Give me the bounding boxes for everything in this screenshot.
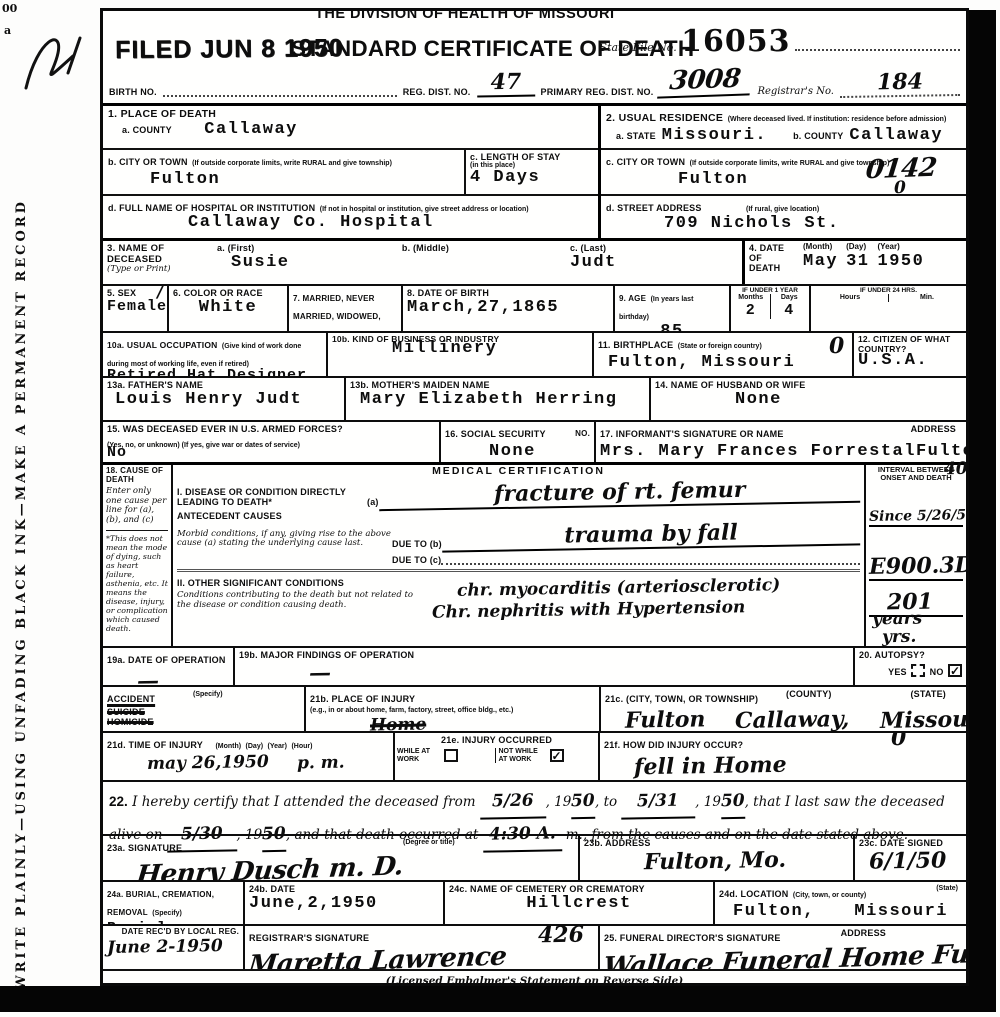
city-note: (If outside corporate limits, write RURA…	[192, 160, 392, 167]
place-of-injury-label: 21b. PLACE OF INJURY	[310, 694, 415, 704]
certificate-form: FILED JUN 8 1950 THE DIVISION OF HEALTH …	[100, 8, 969, 986]
certify-text: I hereby certify that I attended the dec…	[132, 794, 476, 810]
length-of-stay: c. LENGTH OF STAY (in this place) 4 Days	[466, 150, 598, 194]
registrar-no: 184	[840, 68, 960, 98]
row-injury-1: ACCIDENT (Specify) SUICIDE HOMICIDE 21b.…	[103, 687, 966, 733]
injury-city-label: 21c. (CITY, TOWN, OR TOWNSHIP)	[605, 694, 758, 704]
birth-no-blank	[163, 87, 397, 97]
dod-day: (Day) 31	[846, 243, 869, 282]
cemetery-label: 24c. NAME OF CEMETERY OR CREMATORY	[449, 884, 709, 894]
date-received-cell: DATE REC'D BY LOCAL REG. June 2-1950	[103, 926, 245, 969]
dod-year-value: 1950	[878, 252, 925, 271]
facility-label: d. FULL NAME OF HOSPITAL OR INSTITUTION	[108, 203, 315, 213]
specify-note: (Specify)	[193, 691, 223, 699]
time-month-label: (Month)	[215, 743, 241, 750]
other-note: Conditions contributing to the death but…	[177, 591, 427, 611]
reg-dist-no: 47	[476, 68, 534, 97]
disease-line: I. DISEASE OR CONDITION DIRECTLY LEADING…	[177, 479, 860, 507]
usual-residence-title: 2. USUAL RESIDENCE	[606, 112, 723, 124]
business-value: Millinery	[392, 339, 588, 358]
burial-date-value: June,2,1950	[249, 894, 439, 913]
spouse-cell: 14. NAME OF HUSBAND OR WIFE None	[651, 378, 966, 420]
burial-date-cell: 24b. DATE June,2,1950	[245, 882, 445, 924]
physician-signature: Henry Dusch m. D.	[135, 851, 405, 880]
time-of-injury-cell: 21d. TIME OF INJURY (Month) (Day) (Year)…	[103, 733, 395, 780]
burial-date-label: 24b. DATE	[249, 884, 439, 894]
degree-note: (Degree or title)	[403, 839, 455, 847]
hours-label: Hours	[812, 294, 888, 302]
sex-value: Female	[107, 298, 163, 315]
registration-line: BIRTH NO. REG. DIST. NO. 47 PRIMARY REG.…	[109, 65, 960, 97]
place-city: b. CITY OR TOWN (If outside corporate li…	[103, 150, 466, 194]
disease-sub-label: (a)	[367, 497, 379, 507]
occupation-value: Retired Hat Designer	[107, 367, 322, 376]
res-county-value: Callaway	[849, 126, 943, 145]
dob-value: March,27,1865	[407, 298, 609, 317]
registrar-code: 426	[538, 926, 584, 948]
last-value: Judt	[570, 253, 738, 272]
how-injury-pen-mark: 0	[890, 733, 906, 751]
due-b-handwriting: trauma by fall	[442, 517, 861, 552]
other-conditions-block: II. OTHER SIGNIFICANT CONDITIONS Conditi…	[177, 569, 860, 611]
father-label: 13a. FATHER'S NAME	[107, 380, 340, 390]
dod-month: (Month) May	[803, 243, 838, 282]
sex-cell: 5. SEX / Female	[103, 286, 169, 331]
row-signature: 23a. SIGNATURE (Degree or title) Henry D…	[103, 836, 966, 882]
days-value: 4	[771, 302, 809, 319]
due-c-label: DUE TO (c)	[392, 555, 441, 565]
primary-reg-label: PRIMARY REG. DIST. NO.	[541, 87, 654, 97]
injury-county-label: (COUNTY)	[786, 689, 832, 699]
father-value: Louis Henry Judt	[115, 390, 340, 409]
interval-b: E900.3D	[869, 552, 974, 580]
cause-note2: *This does not mean the mode of dying, s…	[106, 535, 168, 633]
burial-location-note: (City, town, or county)	[793, 892, 866, 899]
birthplace-label: 11. BIRTHPLACE	[598, 340, 673, 350]
dod-month-label: (Month)	[803, 243, 838, 252]
autopsy-yes-label: YES	[888, 667, 907, 677]
dotted-rule	[795, 48, 960, 51]
res-state-label: a. STATE	[616, 131, 656, 141]
residence-state-county: 2. USUAL RESIDENCE (Where deceased lived…	[601, 106, 966, 150]
facility-value: Callaway Co. Hospital	[188, 213, 593, 232]
burial-type-value: Burial	[107, 920, 239, 924]
spouse-label: 14. NAME OF HUSBAND OR WIFE	[655, 380, 962, 390]
spouse-value: None	[735, 390, 962, 409]
accident-cell: ACCIDENT (Specify) SUICIDE HOMICIDE	[103, 687, 306, 731]
days-label: Days	[771, 294, 809, 302]
operation-date-label: 19a. DATE OF OPERA­TION	[107, 655, 226, 665]
occupation-cell: 10a. USUAL OCCUPATION (Give kind of work…	[103, 333, 328, 376]
certify-text: , 19	[695, 794, 721, 810]
certify-from-year: 50	[571, 786, 595, 820]
injury-occurred-label: 21e. INJURY OCCURRED	[397, 735, 596, 745]
citizen-cell: 12. CITIZEN OF WHAT COUNTRY? U.S.A.	[854, 333, 966, 376]
while-at-work-label: WHILE AT WORK	[397, 748, 441, 763]
birthplace-note: (State or foreign country)	[678, 343, 762, 350]
scan-black-bar-right	[969, 10, 996, 990]
age-value: 85	[619, 322, 725, 331]
place-of-injury-handwriting: Home	[370, 714, 427, 731]
row-family: 13a. FATHER'S NAME Louis Henry Judt 13b.…	[103, 378, 966, 422]
min-col: Min.	[889, 294, 965, 302]
time-of-injury-handwriting: may 26,1950	[147, 752, 269, 774]
injury-state-value: Missouri	[879, 706, 966, 731]
autopsy-cell: 20. AUTOPSY? YES NO ✓	[855, 648, 966, 685]
other-handwriting-2: Chr. nephritis with Hypertension	[432, 597, 746, 622]
under1-cell: IF UNDER 1 YEAR Months 2 Days 4	[731, 286, 811, 331]
name-last: c. (Last) Judt	[570, 243, 738, 282]
name-title-block: 3. NAME OF DECEASED (Type or Print)	[107, 243, 217, 282]
interval-other-2: yrs.	[882, 627, 917, 648]
not-while-at-work-label: NOT WHILE AT WORK	[499, 748, 547, 763]
registrar-no-label: Registrar's No.	[757, 86, 834, 98]
funeral-director-cell: 25. FUNERAL DIRECTOR'S SIGNATURE ADDRESS…	[600, 926, 966, 969]
scan-black-bar-bottom	[0, 986, 996, 1012]
time-year-label: (Year)	[268, 743, 287, 750]
medical-certification-col: MEDICAL CERTIFICATION I. DISEASE OR COND…	[173, 465, 866, 646]
burial-state-value: Missouri	[854, 902, 948, 921]
city-value: Fulton	[150, 170, 459, 189]
min-label: Min.	[889, 294, 965, 302]
row-operation: 19a. DATE OF OPERA­TION — 19b. MAJOR FIN…	[103, 648, 966, 687]
first-label: a. (First)	[217, 243, 402, 253]
burial-state-note: (State)	[936, 885, 958, 893]
dob-label: 8. DATE OF BIRTH	[407, 288, 609, 298]
res-county-label: b. COUNTY	[793, 131, 843, 141]
marital-cell: 7. MARRIED, NEVER MARRIED, WIDOWED, DIVO…	[289, 286, 403, 331]
funeral-address-label: ADDRESS	[841, 928, 886, 938]
age-label: 9. AGE	[619, 294, 646, 303]
state-file-label: State File No.	[600, 41, 677, 54]
informant-label: 17. INFORMANT'S SIGNATURE OR NAME	[600, 429, 784, 439]
section-date-of-death: 4. DATE OF DEATH (Month) May (Day) 31 (Y…	[745, 241, 966, 284]
birthplace-value: Fulton, Missouri	[608, 353, 848, 372]
burial-type-note: (Specify)	[152, 910, 182, 917]
registrar-signature-cell: REGISTRAR'S SIGNATURE 426 Maretta Lawren…	[245, 926, 600, 969]
row-cause-of-death: 18. CAUSE OF DEATH Enter only one cause …	[103, 465, 966, 648]
certify-to-year: 50	[721, 786, 745, 820]
sex-pen-mark: /	[157, 286, 164, 302]
county-label: a. COUNTY	[122, 125, 172, 135]
facility-note: (If not in hospital or institution, give…	[320, 206, 529, 213]
county-value: Callaway	[204, 120, 298, 139]
how-injury-handwriting: fell in Home	[634, 752, 787, 780]
homicide-word: HOMICIDE	[107, 717, 300, 727]
due-c-line: DUE TO (c)	[177, 555, 860, 565]
checkmark: ✓	[950, 664, 960, 678]
name-first: a. (First) Susie	[217, 243, 402, 282]
occupation-label: 10a. USUAL OCCUPATION	[107, 340, 217, 350]
operation-findings-label: 19b. MAJOR FINDINGS OF OPERATION	[239, 650, 849, 660]
how-injury-cell: 21f. HOW DID INJURY OCCUR? 0 fell in Hom…	[600, 733, 966, 780]
scan-fragment: a	[4, 24, 11, 37]
res-street-note: (If rural, give location)	[746, 206, 819, 213]
medical-certification-title: MEDICAL CERTIFICATION	[177, 465, 860, 477]
row-registration: DATE REC'D BY LOCAL REG. June 2-1950 REG…	[103, 926, 966, 971]
form-header: FILED JUN 8 1950 THE DIVISION OF HEALTH …	[103, 11, 966, 106]
days-col: Days 4	[771, 294, 809, 319]
ssn-no-label: NO.	[575, 430, 590, 439]
ssn-cell: 16. SOCIAL SECURITY NO. None	[441, 422, 596, 462]
business-cell: 10b. KIND OF BUSINESS OR INDUSTRY Millin…	[328, 333, 594, 376]
disease-label: I. DISEASE OR CONDITION DIRECTLY LEADING…	[177, 487, 367, 507]
stay-label: c. LENGTH OF STAY	[470, 152, 594, 162]
dod-day-label: (Day)	[846, 243, 869, 252]
injury-state-label: (STATE)	[910, 689, 946, 699]
not-while-at-work-checkbox: ✓	[550, 749, 564, 762]
certify-from-date: 5/26	[480, 785, 546, 820]
mother-label: 13b. MOTHER'S MAIDEN NAME	[350, 380, 645, 390]
certify-text: , 19	[546, 794, 572, 810]
margin-instruction: WRITE PLAINLY—USING UNFADING BLACK INK—M…	[14, 90, 29, 990]
autopsy-label: 20. AUTOPSY?	[859, 650, 962, 660]
checkmark: ✓	[552, 749, 562, 763]
cause-note1: Enter only one cause per line for (a), (…	[106, 487, 168, 526]
place-of-injury-cell: 21b. PLACE OF INJURY (e.g., in or about …	[306, 687, 601, 731]
mother-cell: 13b. MOTHER'S MAIDEN NAME Mary Elizabeth…	[346, 378, 651, 420]
certify-number: 22.	[109, 794, 128, 809]
row-place-residence: 1. PLACE OF DEATH a. COUNTY Callaway b. …	[103, 106, 966, 241]
injury-occurred-cell: 21e. INJURY OCCURRED WHILE AT WORK NOT W…	[395, 733, 600, 780]
res-street-label: d. STREET ADDRESS	[606, 203, 702, 213]
registrar-signature: Maretta Lawrence	[247, 942, 508, 969]
informant-value: Mrs. Mary Frances Forrestal	[600, 442, 916, 461]
burial-type-cell: 24a. BURIAL, CREMA­TION, REMOVAL (Specif…	[103, 882, 245, 924]
interval-a: Since 5/26/50	[869, 507, 976, 525]
marital-label: 7. MARRIED, NEVER MARRIED, WIDOWED, DIVO…	[293, 294, 381, 331]
row-name-dod: 3. NAME OF DECEASED (Type or Print) a. (…	[103, 241, 966, 286]
citizen-value: U.S.A.	[858, 351, 962, 370]
place-facility: d. FULL NAME OF HOSPITAL OR INSTITUTION …	[103, 196, 598, 238]
other-label: II. OTHER SIGNIFICANT CONDITIONS	[177, 578, 344, 588]
armed-forces-cell: 15. WAS DECEASED EVER IN U.S. ARMED FORC…	[103, 422, 441, 462]
res-street-value: 709 Nichols St.	[664, 214, 961, 233]
months-label: Months	[732, 294, 770, 302]
race-value: White	[173, 298, 283, 317]
burial-city-value: Fulton,	[733, 902, 815, 921]
middle-label: b. (Middle)	[402, 243, 570, 253]
operation-findings-mark: —	[309, 660, 331, 685]
due-b-line: Morbid conditions, if any, giving rise t…	[177, 521, 860, 549]
funeral-director-label: 25. FUNERAL DIRECTOR'S SIGNATURE	[604, 933, 781, 943]
not-while-at-work: NOT WHILE AT WORK ✓	[496, 748, 597, 763]
while-at-work: WHILE AT WORK	[397, 748, 496, 763]
name-middle: b. (Middle)	[402, 243, 570, 282]
months-col: Months 2	[732, 294, 771, 319]
hours-col: Hours	[812, 294, 889, 302]
race-cell: 6. COLOR OR RACE White	[169, 286, 289, 331]
months-value: 2	[732, 302, 770, 319]
row-occupation: 10a. USUAL OCCUPATION (Give kind of work…	[103, 333, 966, 378]
division-title: THE DIVISION OF HEALTH OF MISSOURI	[315, 11, 615, 22]
section-name: 3. NAME OF DECEASED (Type or Print) a. (…	[103, 241, 745, 284]
date-received-value: June 2-1950	[107, 936, 223, 958]
dod-year-label: (Year)	[878, 243, 925, 252]
accident-word: ACCIDENT	[107, 694, 155, 704]
under24-cell: IF UNDER 24 HRS. Hours Min.	[811, 286, 966, 331]
time-of-injury-hour-handwriting: p. m.	[297, 753, 345, 774]
father-cell: 13a. FATHER'S NAME Louis Henry Judt	[103, 378, 346, 420]
informant-addr-label: ADDRESS	[911, 424, 956, 434]
suicide-word: SUICIDE	[107, 707, 300, 717]
time-hour-label: (Hour)	[291, 743, 312, 750]
how-injury-label: 21f. HOW DID INJURY OCCUR?	[604, 740, 743, 750]
age-cell: 9. AGE (In years last birthday) 85	[615, 286, 731, 331]
interval-col: INTERVAL BETWEEN ONSET AND DEATH 40 Sinc…	[866, 465, 966, 646]
operation-date-mark: —	[137, 668, 159, 685]
operation-findings-cell: 19b. MAJOR FINDINGS OF OPERATION —	[235, 648, 855, 685]
race-label: 6. COLOR OR RACE	[173, 288, 283, 298]
res-state-value: Missouri.	[662, 126, 767, 145]
address-label: 23b. ADDRESS	[584, 838, 849, 848]
autopsy-no-label: NO	[930, 667, 944, 677]
physician-signature-cell: 23a. SIGNATURE (Degree or title) Henry D…	[103, 836, 580, 880]
cemetery-value: Hillcrest	[449, 894, 709, 913]
row-burial: 24a. BURIAL, CREMA­TION, REMOVAL (Specif…	[103, 882, 966, 926]
signature-label: 23a. SIGNATURE	[107, 843, 182, 853]
residence-city: c. CITY OR TOWN (If outside corporate li…	[601, 150, 966, 196]
armed-note: (Yes, no, or unknown) (If yes, give war …	[107, 442, 300, 449]
name-subtitle: (Type or Print)	[107, 265, 217, 275]
place-of-death-title: 1. PLACE OF DEATH	[108, 108, 593, 120]
sex-label: 5. SEX	[107, 288, 163, 298]
autopsy-no-checkbox: ✓	[948, 664, 962, 677]
ssn-value: None	[489, 442, 590, 461]
place-county: 1. PLACE OF DEATH a. COUNTY Callaway	[103, 106, 598, 150]
row-injury-2: 21d. TIME OF INJURY (Month) (Day) (Year)…	[103, 733, 966, 782]
birthplace-cell: 11. BIRTHPLACE (State or foreign country…	[594, 333, 854, 376]
row-record: 15. WAS DECEASED EVER IN U.S. ARMED FORC…	[103, 422, 966, 465]
date-signed-cell: 23c. DATE SIGNED 6/1/50	[855, 836, 966, 880]
first-value: Susie	[231, 253, 402, 272]
informant-cell: 17. INFORMANT'S SIGNATURE OR NAME ADDRES…	[596, 422, 966, 462]
interval-pen-mark: 40	[944, 459, 968, 479]
section-usual-residence: 2. USUAL RESIDENCE (Where deceased lived…	[601, 106, 966, 238]
burial-location-cell: 24d. LOCATION (City, town, or county) (S…	[715, 882, 966, 924]
date-signed-value: 6/1/50	[869, 847, 947, 874]
operation-date-cell: 19a. DATE OF OPERA­TION —	[103, 648, 235, 685]
res-code-mark: 0	[894, 178, 906, 198]
residence-street: d. STREET ADDRESS (If rural, give locati…	[601, 196, 966, 238]
place-of-injury-note: (e.g., in or about home, farm, factory, …	[310, 707, 595, 715]
due-b-label: DUE TO (b)	[392, 539, 442, 549]
res-city-label: c. CITY OR TOWN	[606, 157, 685, 167]
cause-label-col: 18. CAUSE OF DEATH Enter only one cause …	[103, 465, 173, 646]
scan-fragment: 00	[2, 2, 17, 15]
usual-residence-note: (Where deceased lived. If institution: r…	[728, 116, 947, 123]
funeral-director-signature: Wallace Funeral Home Fulton, Mo	[602, 940, 965, 969]
birthplace-pen-mark: 0	[828, 333, 844, 359]
row-certify: 22. I hereby certify that I attended the…	[103, 782, 966, 836]
section-place-of-death: 1. PLACE OF DEATH a. COUNTY Callaway b. …	[103, 106, 601, 238]
certify-text: , to	[595, 794, 617, 810]
city-label: b. CITY OR TOWN	[108, 157, 188, 167]
physician-address-cell: 23b. ADDRESS Fulton, Mo.	[580, 836, 855, 880]
last-label: c. (Last)	[570, 243, 738, 253]
row-vitals: 5. SEX / Female 6. COLOR OR RACE White 7…	[103, 286, 966, 333]
cause-title: 18. CAUSE OF DEATH	[106, 467, 168, 485]
certify-to-date: 5/31	[621, 785, 695, 820]
registrar-signature-label: REGISTRAR'S SIGNATURE	[249, 933, 369, 943]
dob-cell: 8. DATE OF BIRTH March,27,1865	[403, 286, 615, 331]
time-of-injury-label: 21d. TIME OF INJURY	[107, 740, 203, 750]
birth-no-label: BIRTH NO.	[109, 87, 157, 97]
under1-label: IF UNDER 1 YEAR	[732, 287, 808, 294]
dod-year: (Year) 1950	[878, 243, 925, 282]
physician-address: Fulton, Mo.	[644, 847, 786, 875]
reg-dist-label: REG. DIST. NO.	[403, 87, 471, 97]
time-day-label: (Day)	[246, 743, 264, 750]
under24-label: IF UNDER 24 HRS.	[812, 287, 965, 294]
mother-value: Mary Elizabeth Herring	[360, 390, 645, 409]
stay-value: 4 Days	[470, 168, 594, 187]
cemetery-cell: 24c. NAME OF CEMETERY OR CREMATORY Hillc…	[445, 882, 715, 924]
burial-location-label: 24d. LOCATION	[719, 889, 788, 899]
disease-handwriting: fracture of rt. femur	[378, 475, 860, 511]
antecedent-note: Morbid conditions, if any, giving rise t…	[177, 530, 392, 550]
date-signed-label: 23c. DATE SIGNED	[859, 838, 962, 848]
primary-reg-no: 3008	[658, 63, 754, 98]
injury-county-value: Callaway,	[735, 706, 850, 731]
name-title: 3. NAME OF DECEASED	[107, 243, 217, 265]
scanned-death-certificate: 00 a WRITE PLAINLY—USING UNFADING BLACK …	[0, 0, 1000, 1017]
state-file-number: 16053	[681, 24, 790, 59]
divider	[106, 530, 168, 531]
injury-location-cell: 21c. (CITY, TOWN, OR TOWNSHIP) (COUNTY) …	[601, 687, 966, 731]
autopsy-yes-checkbox	[911, 664, 925, 677]
dod-day-value: 31	[846, 252, 869, 271]
place-city-stay: b. CITY OR TOWN (If outside corporate li…	[103, 150, 598, 196]
dod-month-value: May	[803, 252, 838, 271]
while-at-work-checkbox	[444, 749, 458, 762]
armed-label: 15. WAS DECEASED EVER IN U.S. ARMED FORC…	[107, 424, 435, 434]
due-c-blank	[441, 557, 860, 565]
ssn-label: 16. SOCIAL SECURITY	[445, 429, 546, 439]
res-city-note: (If outside corporate limits, write RURA…	[690, 160, 890, 167]
dod-title: 4. DATE OF DEATH	[749, 243, 795, 282]
state-file-no: State File No. 16053	[600, 28, 960, 56]
injury-city-value: Fulton	[625, 706, 706, 731]
